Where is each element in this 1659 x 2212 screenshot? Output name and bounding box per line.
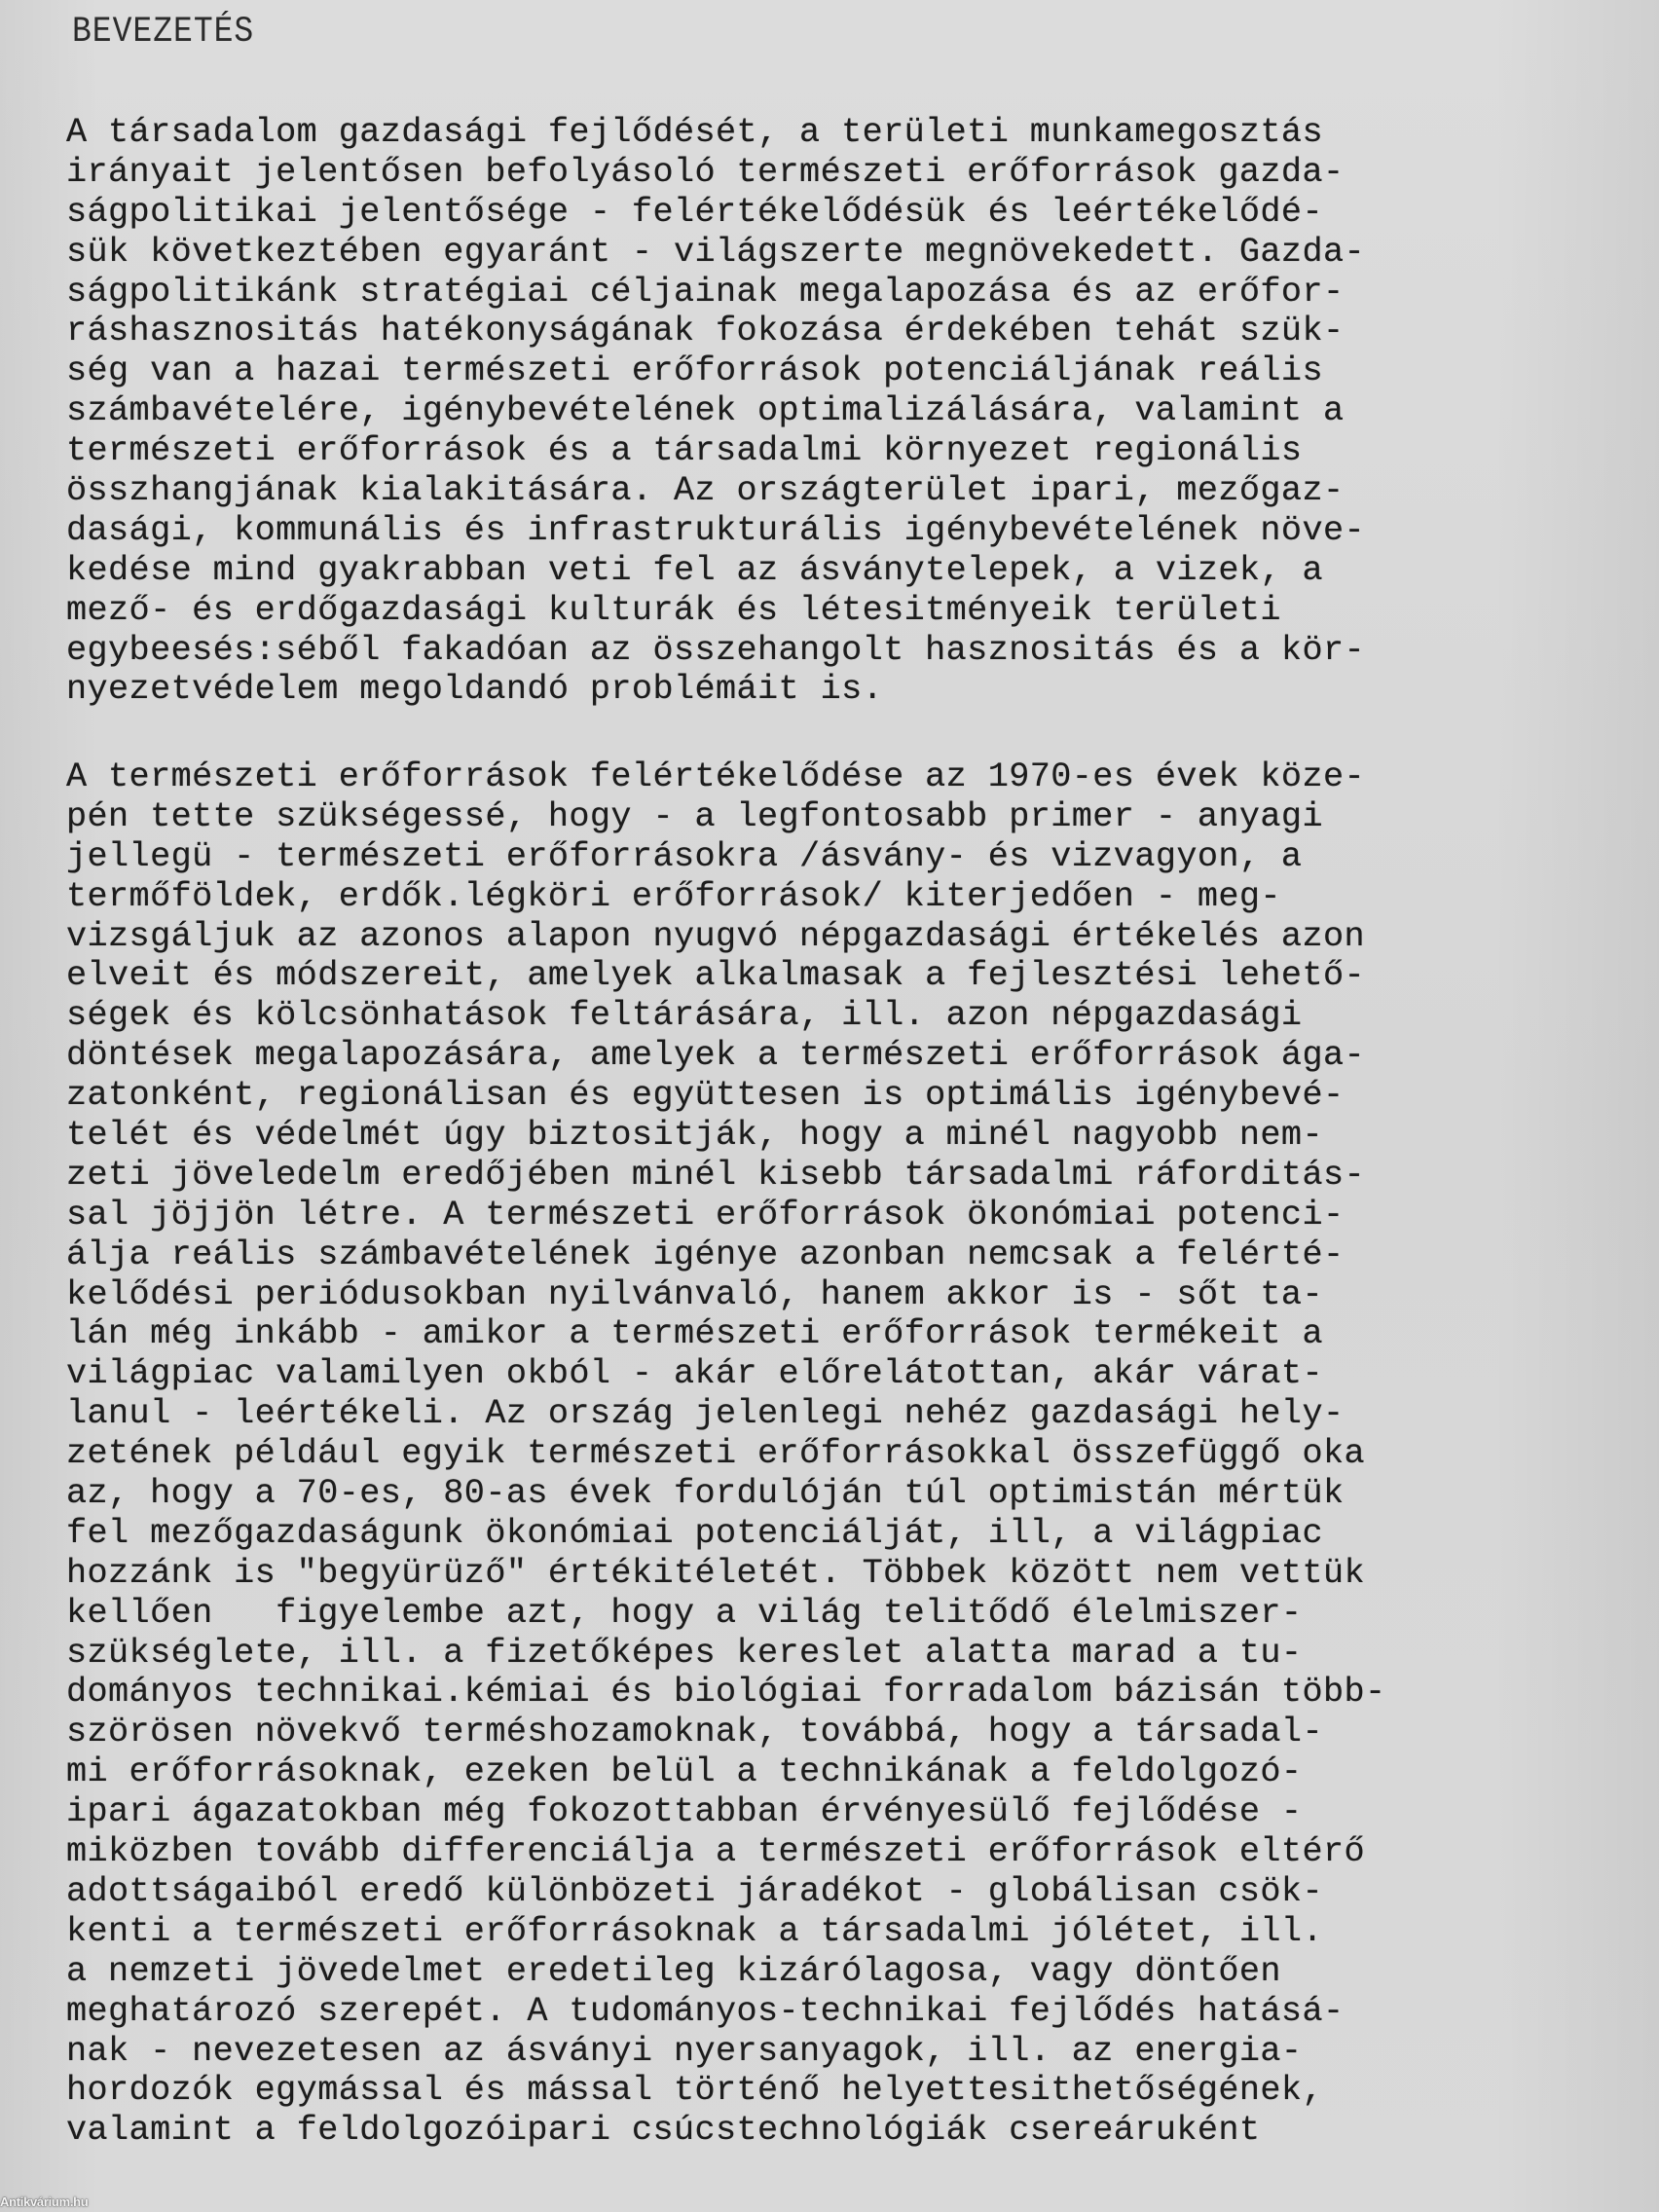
paragraph-2: A természeti erőforrások felértékelődése… [66,757,1386,2151]
text-line: számbavételére, igénybevételének optimal… [66,391,1365,431]
text-line: telét és védelmét úgy biztositják, hogy … [66,1116,1386,1156]
text-line: ség van a hazai természeti erőforrások p… [66,351,1365,391]
text-line: vizsgáljuk az azonos alapon nyugvó népga… [66,917,1386,957]
paragraph-1: A társadalom gazdasági fejlődését, a ter… [66,113,1365,710]
text-line: egybeesés:séből fakadóan az összehangolt… [66,631,1365,671]
text-line: kellően figyelembe azt, hogy a világ tel… [66,1594,1386,1634]
text-line: adottságaiból eredő különbözeti járadéko… [66,1872,1386,1912]
text-line: döntések megalapozására, amelyek a termé… [66,1036,1386,1076]
text-line: hordozók egymással és mással történő hel… [66,2071,1386,2111]
text-line: ságpolitikánk stratégiai céljainak megal… [66,273,1365,313]
text-line: sal jöjjön létre. A természeti erőforrás… [66,1196,1386,1235]
text-line: zatonként, regionálisan és együttesen is… [66,1076,1386,1116]
text-line: ráshasznositás hatékonyságának fokozása … [66,312,1365,351]
text-line: nyezetvédelem megoldandó problémáit is. [66,670,1365,710]
text-line: zeti jöveledelm eredőjében minél kisebb … [66,1156,1386,1196]
text-line: természeti erőforrások és a társadalmi k… [66,431,1365,471]
text-line: a nemzeti jövedelmet eredetileg kizáróla… [66,1952,1386,1992]
text-line: valamint a feldolgozóipari csúcstechnoló… [66,2111,1386,2151]
text-line: jellegü - természeti erőforrásokra /ásvá… [66,837,1386,877]
text-line: nak - nevezetesen az ásványi nyersanyago… [66,2032,1386,2072]
section-heading: BEVEZETÉS [72,12,254,52]
text-line: sük következtében egyaránt - világszerte… [66,233,1365,273]
text-line: elveit és módszereit, amelyek alkalmasak… [66,956,1386,996]
text-line: A társadalom gazdasági fejlődését, a ter… [66,113,1365,153]
text-line: világpiac valamilyen okból - akár előrel… [66,1354,1386,1394]
text-line: meghatározó szerepét. A tudományos-techn… [66,1992,1386,2032]
text-line: pén tette szükségessé, hogy - a legfonto… [66,797,1386,837]
text-line: ipari ágazatokban még fokozottabban érvé… [66,1792,1386,1832]
text-line: dasági, kommunális és infrastrukturális … [66,511,1365,551]
text-line: miközben tovább differenciálja a termész… [66,1832,1386,1872]
text-line: lán még inkább - amikor a természeti erő… [66,1314,1386,1354]
scanned-page: BEVEZETÉS A társadalom gazdasági fejlődé… [0,0,1659,2212]
text-line: hozzánk is "begyürüző" értékitéletét. Tö… [66,1554,1386,1594]
text-line: kenti a természeti erőforrásoknak a társ… [66,1912,1386,1952]
text-line: szörösen növekvő terméshozamoknak, továb… [66,1713,1386,1752]
text-line: kelődési periódusokban nyilvánvaló, hane… [66,1275,1386,1315]
text-line: zetének például egyik természeti erőforr… [66,1434,1386,1474]
text-line: összhangjának kialakitására. Az országte… [66,471,1365,511]
text-line: lanul - leértékeli. Az ország jelenlegi … [66,1394,1386,1434]
text-line: ságpolitikai jelentősége - felértékelődé… [66,193,1365,233]
text-line: kedése mind gyakrabban veti fel az ásván… [66,551,1365,591]
watermark-logo: Antikvárium.hu [0,2194,88,2209]
text-line: mi erőforrásoknak, ezeken belül a techni… [66,1752,1386,1792]
text-line: álja reális számbavételének igénye azonb… [66,1235,1386,1275]
text-line: szükséglete, ill. a fizetőképes kereslet… [66,1634,1386,1674]
text-line: irányait jelentősen befolyásoló természe… [66,153,1365,193]
text-line: A természeti erőforrások felértékelődése… [66,757,1386,797]
text-line: fel mezőgazdaságunk ökonómiai potenciálj… [66,1514,1386,1554]
text-line: mező- és erdőgazdasági kulturák és létes… [66,591,1365,631]
text-line: termőföldek, erdők.légköri erőforrások/ … [66,877,1386,917]
text-line: az, hogy a 70-es, 80-as évek fordulóján … [66,1474,1386,1514]
text-line: dományos technikai.kémiai és biológiai f… [66,1673,1386,1713]
text-line: ségek és kölcsönhatások feltárására, ill… [66,996,1386,1036]
